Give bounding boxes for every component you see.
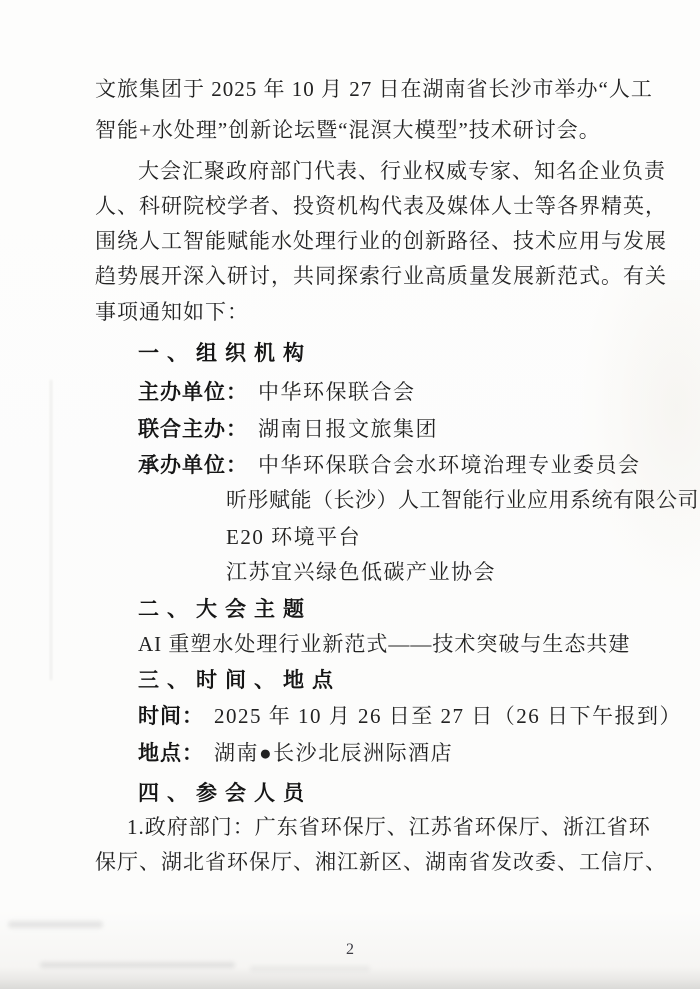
scan-artifact-smudge: [250, 966, 370, 971]
organizer-line: 承办单位：中华环保联合会水环境治理专业委员会: [138, 452, 641, 479]
section-3-heading: 三、时间、地点: [138, 668, 341, 694]
organizer-value-4: 江苏宜兴绿色低碳产业协会: [226, 559, 496, 585]
scan-artifact-bottom-shadow: [0, 967, 700, 989]
co-host-value: 湖南日报文旅集团: [258, 417, 438, 441]
intro-line-2: 智能+水处理”创新论坛暨“混溟大模型”技术研讨会。: [95, 117, 601, 143]
section-1-heading: 一、组织机构: [138, 341, 312, 367]
host-unit-value: 中华环保联合会: [258, 380, 416, 404]
organizer-value-3: E20 环境平台: [226, 524, 361, 550]
scanned-document-page: 文旅集团于 2025 年 10 月 27 日在湖南省长沙市举办“人工 智能+水处…: [0, 0, 700, 989]
summary-line-5: 事项通知如下：: [95, 299, 249, 325]
host-unit-label: 主办单位：: [138, 381, 248, 404]
place-line: 地点：湖南●长沙北辰洲际酒店: [138, 740, 453, 767]
co-host-line: 联合主办：湖南日报文旅集团: [138, 416, 438, 443]
organizer-value-1: 中华环保联合会水环境治理专业委员会: [258, 453, 641, 477]
organizer-label: 承办单位：: [138, 454, 248, 477]
summary-line-4: 趋势展开深入研讨，共同探索行业高质量发展新范式。有关: [95, 263, 667, 289]
time-line: 时间：2025 年 10 月 26 日至 27 日（26 日下午报到）: [138, 703, 682, 730]
intro-line-1: 文旅集团于 2025 年 10 月 27 日在湖南省长沙市举办“人工: [95, 76, 653, 102]
summary-line-1: 大会汇聚政府部门代表、行业权威专家、知名企业负责: [138, 158, 666, 184]
attendees-line-2: 保厅、湖北省环保厅、湘江新区、湖南省发改委、工信厅、: [95, 849, 667, 875]
scan-artifact-smudge: [8, 921, 103, 928]
scan-artifact-smudge: [40, 962, 235, 968]
place-value: 湖南●长沙北辰洲际酒店: [214, 741, 453, 765]
section-2-heading: 二、大会主题: [138, 597, 312, 623]
summary-line-2: 人、科研院校学者、投资机构代表及媒体人士等各界精英，: [95, 193, 667, 219]
organizer-value-2: 昕彤赋能（长沙）人工智能行业应用系统有限公司: [226, 487, 699, 513]
time-value: 2025 年 10 月 26 日至 27 日（26 日下午报到）: [214, 704, 682, 728]
summary-line-3: 围绕人工智能赋能水处理行业的创新路径、技术应用与发展: [95, 228, 667, 254]
place-label: 地点：: [138, 742, 204, 765]
scan-artifact-tint: [580, 280, 700, 600]
co-host-label: 联合主办：: [138, 418, 248, 441]
host-unit-line: 主办单位：中华环保联合会: [138, 379, 416, 406]
time-label: 时间：: [138, 705, 204, 728]
page-number: 2: [0, 941, 700, 959]
scan-artifact-vertical-streak: [50, 380, 52, 680]
conference-theme: AI 重塑水处理行业新范式——技术突破与生态共建: [138, 631, 630, 657]
attendees-line-1: 1.政府部门：广东省环保厅、江苏省环保厅、浙江省环: [127, 814, 651, 840]
section-4-heading: 四、参会人员: [138, 781, 312, 807]
